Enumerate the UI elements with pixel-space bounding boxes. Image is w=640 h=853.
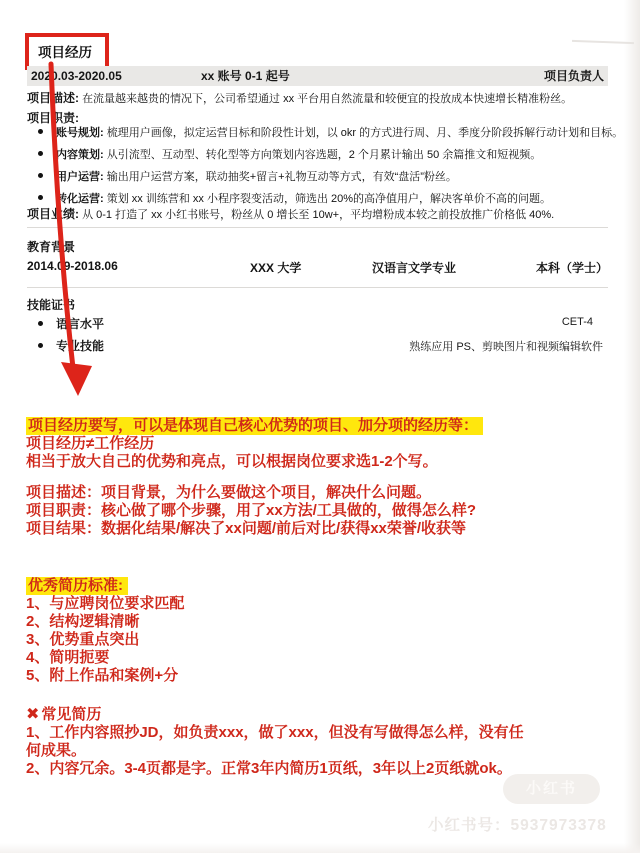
- annotation-line: 相当于放大自己的优势和亮点，可以根据岗位要求选1-2个写。: [26, 453, 483, 471]
- bullet-icon: [38, 173, 43, 178]
- annotation-list-item: 3、优势重点突出: [26, 631, 184, 649]
- education-header: 教育背景: [27, 238, 75, 255]
- skill-value: 熟练应用 PS、剪映图片和视频编辑软件: [409, 338, 603, 354]
- bullet-icon: [38, 151, 43, 156]
- skill-label: 语言水平: [56, 317, 104, 331]
- project-result-label: 项目业绩:: [27, 207, 79, 221]
- annotation-block-project-exp: 项目经历要写，可以是体现自己核心优势的项目、加分项的经历等： 项目经历≠工作经历…: [26, 417, 483, 471]
- duty-text: 策划 xx 训练营和 xx 小程序裂变活动，筛选出 20%的高净值用户，解决客单…: [107, 193, 551, 205]
- annotation-line: 2、内容冗余。3-4页都是字。正常3年内简历1页纸，3年以上2页纸就ok。: [26, 760, 524, 778]
- annotation-line: 项目描述：项目背景，为什么要做这个项目，解决什么问题。: [26, 484, 476, 502]
- project-description-line: 项目描述: 在流量越来越贵的情况下，公司希望通过 xx 平台用自然流量和较便宜的…: [27, 89, 572, 106]
- annotation-list-item: 5、附上作品和案例+分: [26, 667, 184, 685]
- annotation-line: 项目经历≠工作经历: [26, 435, 483, 453]
- project-name: xx 账号 0-1 起号: [201, 66, 290, 86]
- duty-text: 梳理用户画像，拟定运营目标和阶段性计划，以 okr 的方式进行周、月、季度分阶段…: [107, 127, 623, 139]
- education-school: XXX 大学: [250, 259, 301, 276]
- project-result-text: 从 0-1 打造了 xx 小红书账号，粉丝从 0 增长至 10w+，平均增粉成本…: [82, 209, 554, 221]
- annotation-line: 项目职责：核心做了哪个步骤，用了xx方法/工具做的，做得怎么样?: [26, 502, 476, 520]
- annotation-block-structure: 项目描述：项目背景，为什么要做这个项目，解决什么问题。 项目职责：核心做了哪个步…: [26, 484, 476, 538]
- project-date: 2020.03-2020.05: [31, 66, 122, 86]
- section-divider: [27, 287, 608, 288]
- annotation-title: 常见简历: [41, 706, 101, 723]
- duty-label: 账号规划:: [56, 127, 104, 139]
- duty-text: 从引流型、互动型、转化型等方向策划内容选题，2 个月累计输出 50 余篇推文和短…: [107, 149, 542, 161]
- annotation-line: 项目结果：数据化结果/解决了xx问题/前后对比/获得xx荣誉/收获等: [26, 520, 476, 538]
- project-description-text: 在流量越来越贵的情况下，公司希望通过 xx 平台用自然流量和较便宜的投放成本快速…: [82, 93, 572, 105]
- project-role: 项目负责人: [544, 66, 604, 86]
- education-date: 2014.09-2018.06: [27, 259, 118, 273]
- bullet-icon: [38, 343, 43, 348]
- annotation-highlight-title: 优秀简历标准:: [26, 577, 128, 595]
- annotation-block-common-resume: ✖常见简历 1、工作内容照抄JD，如负责xxx，做了xxx，但没有写做得怎么样，…: [26, 706, 524, 778]
- annotation-highlight-line: 项目经历要写，可以是体现自己核心优势的项目、加分项的经历等：: [26, 417, 483, 435]
- duty-label: 内容策划:: [56, 149, 104, 161]
- duty-item: 账号规划: 梳理用户画像，拟定运营目标和阶段性计划，以 okr 的方式进行周、月…: [38, 124, 623, 140]
- photo-edge-bottom: [0, 843, 640, 853]
- annotation-list-item: 2、结构逻辑清晰: [26, 613, 184, 631]
- project-meta-bar: 2020.03-2020.05 xx 账号 0-1 起号 项目负责人: [27, 66, 608, 86]
- skills-header: 技能证书: [27, 296, 75, 313]
- skill-item: 专业技能: [38, 337, 104, 354]
- annotation-list-item: 4、简明扼要: [26, 649, 184, 667]
- xiaohongshu-badge: 小红书: [503, 774, 600, 804]
- skill-label: 专业技能: [56, 339, 104, 353]
- section-divider: [27, 227, 608, 228]
- bullet-icon: [38, 195, 43, 200]
- photo-edge-right: [624, 0, 640, 853]
- duty-item: 内容策划: 从引流型、互动型、转化型等方向策划内容选题，2 个月累计输出 50 …: [38, 146, 541, 162]
- project-experience-title-box: 项目经历: [25, 33, 109, 70]
- section-title: 项目经历: [38, 45, 92, 60]
- bullet-icon: [38, 321, 43, 326]
- duty-label: 转化运营:: [56, 193, 104, 205]
- duty-text: 输出用户运营方案，联动抽奖+留言+礼物互动等方式，有效“盘活”粉丝。: [107, 171, 457, 183]
- annotation-block-good-resume: 优秀简历标准: 1、与应聘岗位要求匹配 2、结构逻辑清晰 3、优势重点突出 4、…: [26, 577, 184, 685]
- duty-item: 用户运营: 输出用户运营方案，联动抽奖+留言+礼物互动等方式，有效“盘活”粉丝。: [38, 168, 457, 184]
- xiaohongshu-id-watermark: 小红书号：5937973378: [428, 813, 607, 835]
- education-degree: 本科（学士）: [536, 259, 608, 276]
- annotation-line: 何成果。: [26, 742, 524, 760]
- annotation-line: 1、工作内容照抄JD，如负责xxx，做了xxx，但没有写做得怎么样，没有任: [26, 724, 524, 742]
- duty-item: 转化运营: 策划 xx 训练营和 xx 小程序裂变活动，筛选出 20%的高净值用…: [38, 190, 551, 206]
- duty-label: 用户运营:: [56, 171, 104, 183]
- bullet-icon: [38, 129, 43, 134]
- x-mark-icon: ✖: [26, 706, 39, 723]
- skill-value: CET-4: [562, 316, 593, 328]
- resume-guide-page: { "resume": { "section_title": "项目经历", "…: [0, 0, 640, 853]
- annotation-list-item: 1、与应聘岗位要求匹配: [26, 595, 184, 613]
- skill-item: 语言水平: [38, 315, 104, 332]
- project-result-line: 项目业绩: 从 0-1 打造了 xx 小红书账号，粉丝从 0 增长至 10w+，…: [27, 205, 554, 222]
- education-major: 汉语言文学专业: [372, 259, 456, 276]
- project-description-label: 项目描述:: [27, 91, 79, 105]
